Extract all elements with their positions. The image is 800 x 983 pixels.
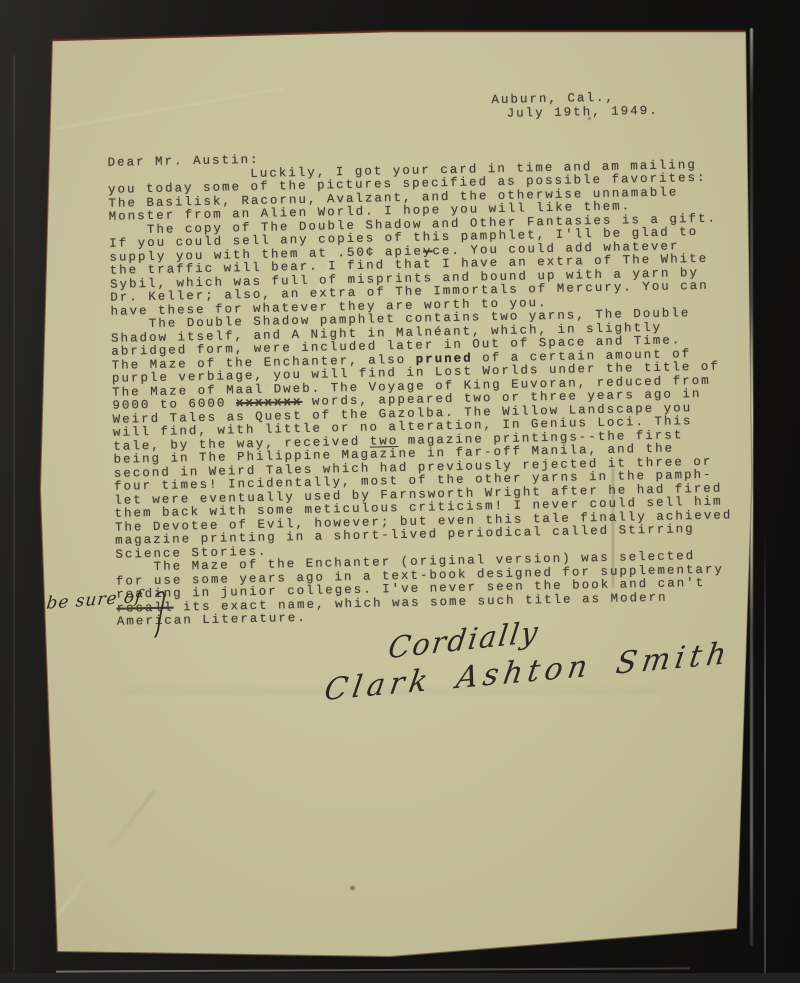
photo-of-letter: Auburn, Cal., July 19th, 1949. Dear Mr. … — [0, 0, 800, 983]
letter-content: Auburn, Cal., July 19th, 1949. Dear Mr. … — [0, 0, 800, 983]
typed-body: Dear Mr. Austin: Luckily, I got your car… — [107, 144, 734, 629]
letter-date-line: July 19th, 1949. — [507, 104, 659, 121]
